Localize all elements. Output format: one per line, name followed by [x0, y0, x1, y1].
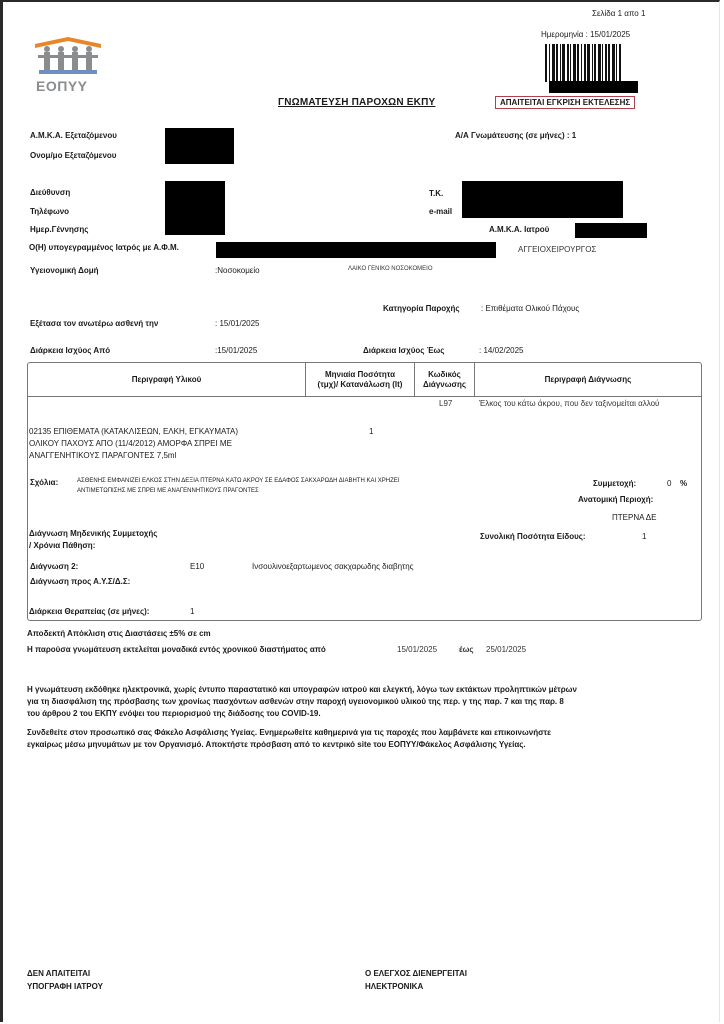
execution-period-to: 25/01/2025: [486, 645, 526, 654]
diagnosis-2-code: E10: [190, 562, 204, 571]
postal-code-label: Τ.Κ.: [429, 189, 443, 198]
signature-left-line-1: ΔΕΝ ΑΠΑΙΤΕΙΤΑΙ: [27, 969, 90, 978]
notice-1-line-2: για τη διασφάλιση της πρόσβασης των χρον…: [27, 697, 564, 706]
notice-1-line-3: του άρθρου 2 του ΕΚΠΥ ενόψει του περιορι…: [27, 709, 321, 718]
notice-2-line-2: εγκαίρως μέσω μηνυμάτων με τον Οργανισμό…: [27, 740, 526, 749]
redacted-doctor-amka: [575, 223, 647, 238]
signature-right-line-2: ΗΛΕΚΤΡΟΝΙΚΑ: [365, 982, 423, 991]
redacted-barcode-number: [549, 81, 638, 93]
approval-required-badge: ΑΠΑΙΤΕΙΤΑΙ ΕΓΚΡΙΣΗ ΕΚΤΕΛΕΣΗΣ: [495, 96, 635, 109]
health-unit-type: :Νοσοκομείο: [215, 266, 260, 275]
logo-text: ΕΟΠΥΥ: [36, 78, 88, 94]
diagnosis-2-label: Διάγνωση 2:: [30, 562, 78, 571]
diagnosis-ays-label: Διάγνωση προς Α.Υ.Σ/Δ.Σ:: [30, 577, 130, 586]
phone-label: Τηλέφωνο: [30, 207, 69, 216]
birthdate-label: Ημερ.Γέννησης: [30, 225, 88, 234]
valid-from-date: :15/01/2025: [215, 346, 257, 355]
redacted-doctor-afm: [216, 242, 496, 258]
participation-label: Συμμετοχή:: [593, 479, 636, 488]
barcode: [545, 44, 641, 82]
page-number: Σελίδα 1 απο 1: [592, 9, 645, 18]
participation-value: 0: [667, 479, 671, 488]
redacted-postal-email: [462, 181, 623, 218]
valid-to-label: Διάρκεια Ισχύος Έως: [363, 346, 444, 355]
comments-line-1: ΑΣΘΕΝΗΣ ΕΜΦΑΝΙΖΕΙ ΕΛΚΟΣ ΣΤΗΝ ΔΕΞΙΑ ΠΤΕΡΝ…: [77, 478, 399, 484]
execution-period-text: Η παρούσα γνωμάτευση εκτελείται μοναδικά…: [27, 645, 326, 654]
material-line-1: 02135 ΕΠΙΘΕΜΑΤΑ (ΚΑΤΑΚΛΙΣΕΩΝ, ΕΛΚΗ, ΕΓΚΑ…: [29, 427, 238, 436]
email-label: e-mail: [429, 207, 452, 216]
notice-2-line-1: Συνδεθείτε στον προσωπικό σας Φάκελο Ασφ…: [27, 728, 551, 737]
col-diagnosis-code: ΚωδικόςΔιάγνωσης: [415, 363, 475, 396]
zero-participation-label-1: Διάγνωση Μηδενικής Συμμετοχής: [29, 529, 157, 538]
doctor-afm-label: Ο(Η) υπογεγραμμένος Ιατρός με Α.Φ.Μ.: [29, 243, 179, 252]
therapy-duration-label: Διάρκεια Θεραπείας (σε μήνες):: [29, 607, 149, 616]
doctor-specialty: ΑΓΓΕΙΟΧΕΙΡΟΥΡΓΟΣ: [518, 245, 596, 254]
col-diagnosis-desc: Περιγραφή Διάγνωσης: [475, 363, 701, 396]
patient-name-label: Ονομ/μο Εξεταζόμενου: [30, 151, 116, 160]
anatomic-area-label: Ανατομική Περιοχή:: [578, 495, 653, 504]
notice-1-line-1: Η γνωμάτευση εκδόθηκε ηλεκτρονικά, χωρίς…: [27, 685, 577, 694]
tolerance-note: Αποδεκτή Απόκλιση στις Διαστάσεις ±5% σε…: [27, 629, 211, 638]
diagnosis-description: Έλκος του κάτω άκρου, που δεν ταξινομείτ…: [479, 399, 659, 408]
valid-to-date: : 14/02/2025: [479, 346, 523, 355]
execution-period-from: 15/01/2025: [397, 645, 437, 654]
zero-participation-label-2: / Χρόνια Πάθηση:: [29, 541, 95, 550]
material-quantity: 1: [369, 427, 373, 436]
col-quantity: Μηνιαία Ποσότητα(τμχ)/ Κατανάλωση (lt): [306, 363, 415, 396]
health-unit-name: ΛΑΙΚΟ ΓΕΝΙΚΟ ΝΟΣΟΚΟΜΕΙΟ: [348, 266, 432, 272]
comments-label: Σχόλια:: [30, 478, 58, 487]
referral-sequence: Α/Α Γνωμάτευσης (σε μήνες) : 1: [455, 131, 576, 140]
valid-from-label: Διάρκεια Ισχύος Από: [30, 346, 110, 355]
anatomic-area-value: ΠΤΕΡΝΑ ΔΕ: [612, 513, 656, 522]
execution-period-to-label: έως: [459, 645, 474, 654]
table-header: Περιγραφή Υλικού Μηνιαία Ποσότητα(τμχ)/ …: [28, 363, 701, 397]
material-line-3: ΑΝΑΓΓΕΝΗΤΙΚΟΥΣ ΠΑΡΑΓΟΝΤΕΣ 7,5ml: [29, 451, 176, 460]
address-label: Διεύθυνση: [30, 188, 70, 197]
therapy-duration-value: 1: [190, 607, 194, 616]
col-material: Περιγραφή Υλικού: [28, 363, 306, 396]
participation-unit: %: [680, 479, 687, 488]
examined-label: Εξέτασα τον ανωτέρω ασθενή την: [30, 319, 158, 328]
material-line-2: ΟΛΙΚΟΥ ΠΑΧΟΥΣ ΑΠΟ (11/4/2012) ΑΜΟΡΦΑ ΣΠΡ…: [29, 439, 232, 448]
issue-date: Ημερομηνία : 15/01/2025: [541, 30, 630, 39]
examined-date: : 15/01/2025: [215, 319, 259, 328]
materials-table: Περιγραφή Υλικού Μηνιαία Ποσότητα(τμχ)/ …: [27, 362, 702, 621]
redacted-contact: [165, 181, 225, 235]
total-quantity-label: Συνολική Ποσότητα Είδους:: [480, 532, 586, 541]
doctor-amka-label: Α.Μ.Κ.Α. Ιατρού: [489, 225, 549, 234]
document-title: ΓΝΩΜΑΤΕΥΣΗ ΠΑΡΟΧΩΝ ΕΚΠΥ: [278, 97, 435, 108]
service-category-label: Κατηγορία Παροχής: [383, 304, 460, 313]
signature-left-line-2: ΥΠΟΓΡΑΦΗ ΙΑΤΡΟΥ: [27, 982, 103, 991]
signature-right-line-1: Ο ΕΛΕΓΧΟΣ ΔΙΕΝΕΡΓΕΙΤΑΙ: [365, 969, 467, 978]
comments-line-2: ΑΝΤΙΜΕΤΩΠΙΣΗΣ ΜΕ ΣΠΡΕΙ ΜΕ ΑΝΑΓΕΝΝΗΤΙΚΟΥΣ…: [77, 488, 259, 494]
diagnosis-code: L97: [439, 399, 452, 408]
patient-amka-label: Α.Μ.Κ.Α. Εξεταζόμενου: [30, 131, 117, 140]
total-quantity-value: 1: [642, 532, 646, 541]
health-unit-label: Υγειονομική Δομή: [30, 266, 99, 275]
redacted-patient-id: [165, 128, 234, 164]
service-category-value: : Επιθέματα Ολικού Πάχους: [481, 304, 579, 313]
diagnosis-2-description: Ινσουλινοεξαρτωμενος σακχαρωδης διαβητης: [252, 562, 414, 571]
